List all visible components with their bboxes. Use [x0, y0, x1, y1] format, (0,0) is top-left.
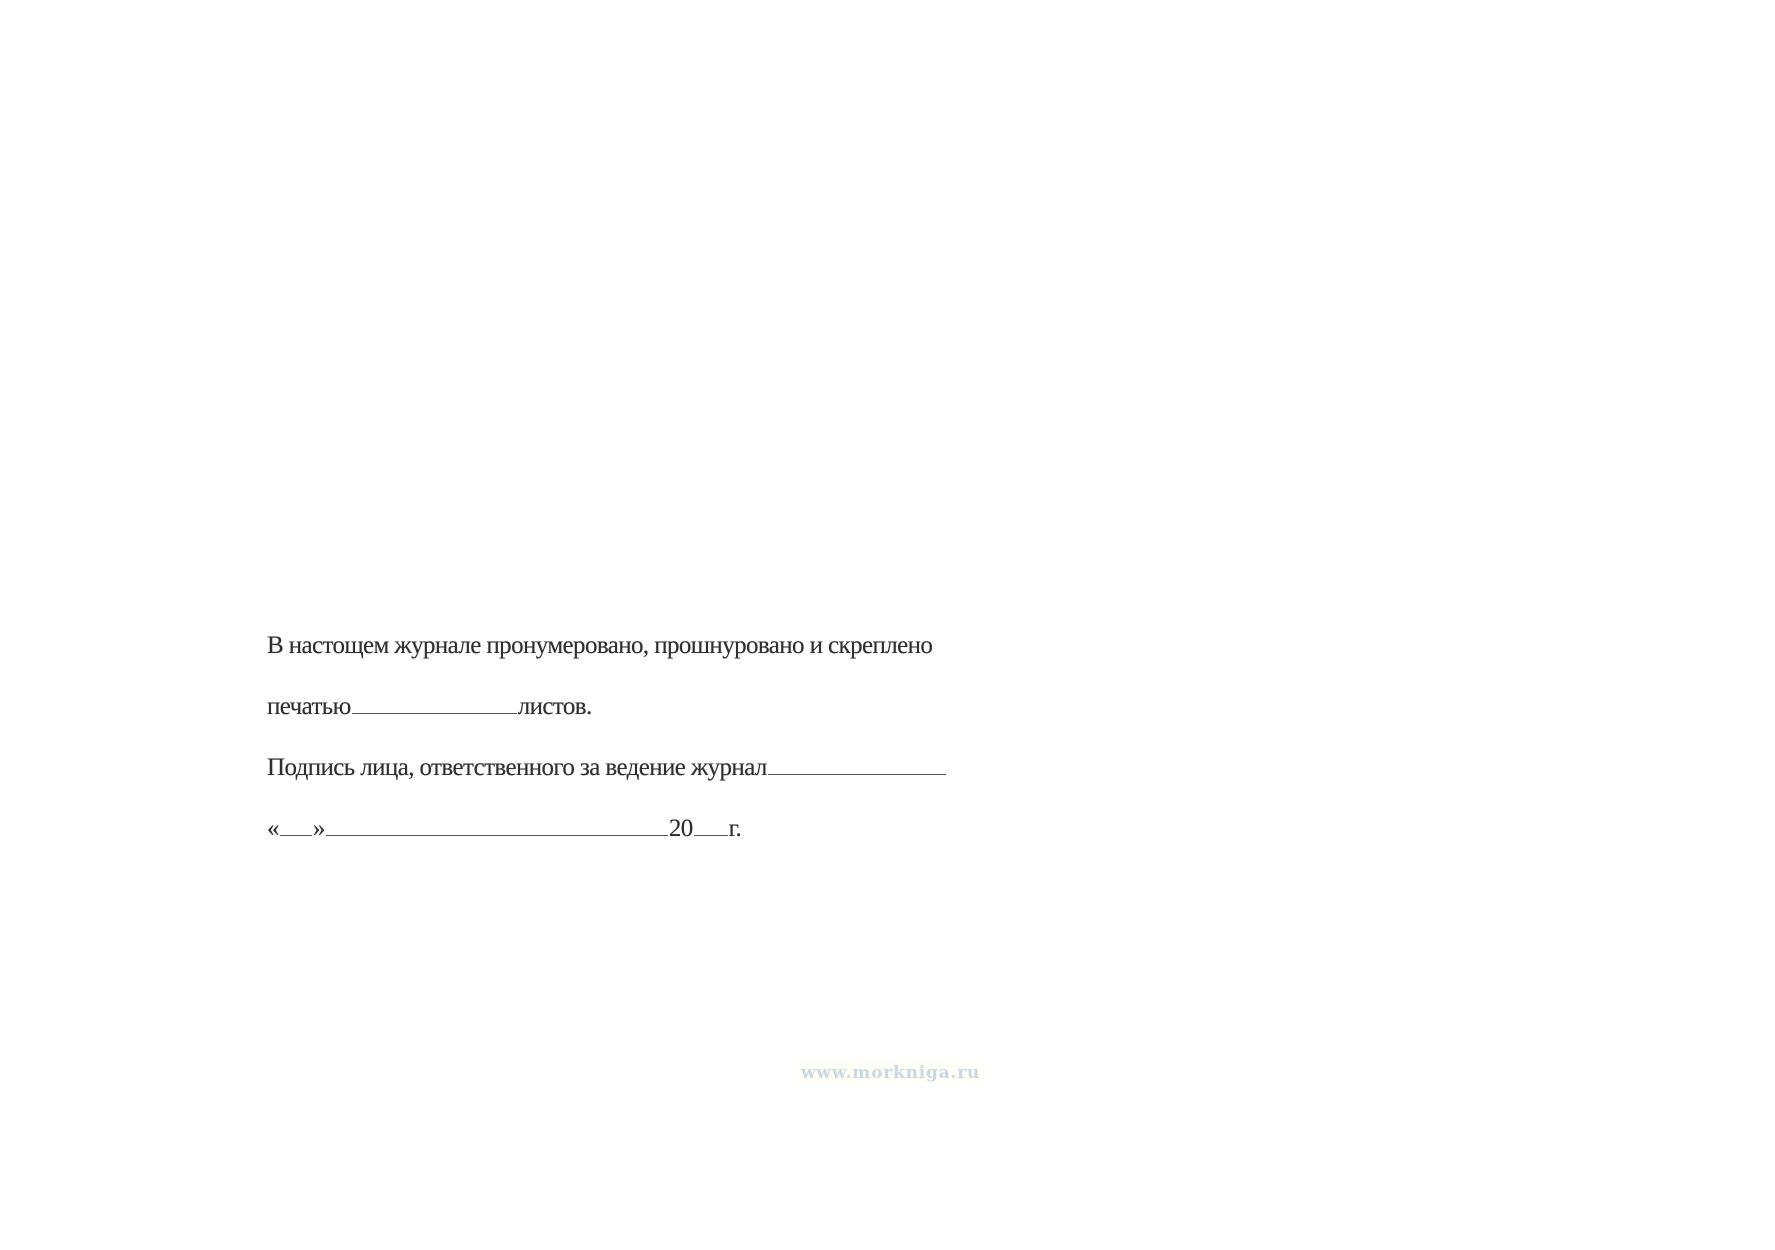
certification-text-block: В настощем журнале пронумеровано, прошну…	[267, 615, 947, 859]
signature-blank[interactable]	[768, 756, 946, 775]
open-quote: «	[267, 815, 279, 842]
seal-label: печатью	[267, 693, 351, 720]
date-line: «»20г.	[267, 798, 947, 859]
day-blank[interactable]	[280, 817, 312, 836]
sheets-count-blank[interactable]	[352, 695, 517, 714]
month-blank[interactable]	[326, 817, 668, 836]
watermark: www.morkniga.ru	[797, 1062, 984, 1084]
year-suffix: г.	[729, 815, 741, 842]
close-quote: »	[313, 815, 325, 842]
document-page: В настощем журнале пронумеровано, прошну…	[0, 0, 1775, 1250]
sheets-count-line: печатьюлистов.	[267, 676, 947, 737]
certification-line: В настощем журнале пронумеровано, прошну…	[267, 615, 947, 676]
sheets-label: листов.	[518, 693, 592, 720]
certification-statement: В настощем журнале пронумеровано, прошну…	[267, 632, 932, 659]
century-label: 20	[669, 815, 693, 842]
signature-line: Подпись лица, ответственного за ведение …	[267, 737, 947, 798]
year-blank[interactable]	[694, 817, 728, 836]
signature-label: Подпись лица, ответственного за ведение …	[267, 754, 767, 781]
